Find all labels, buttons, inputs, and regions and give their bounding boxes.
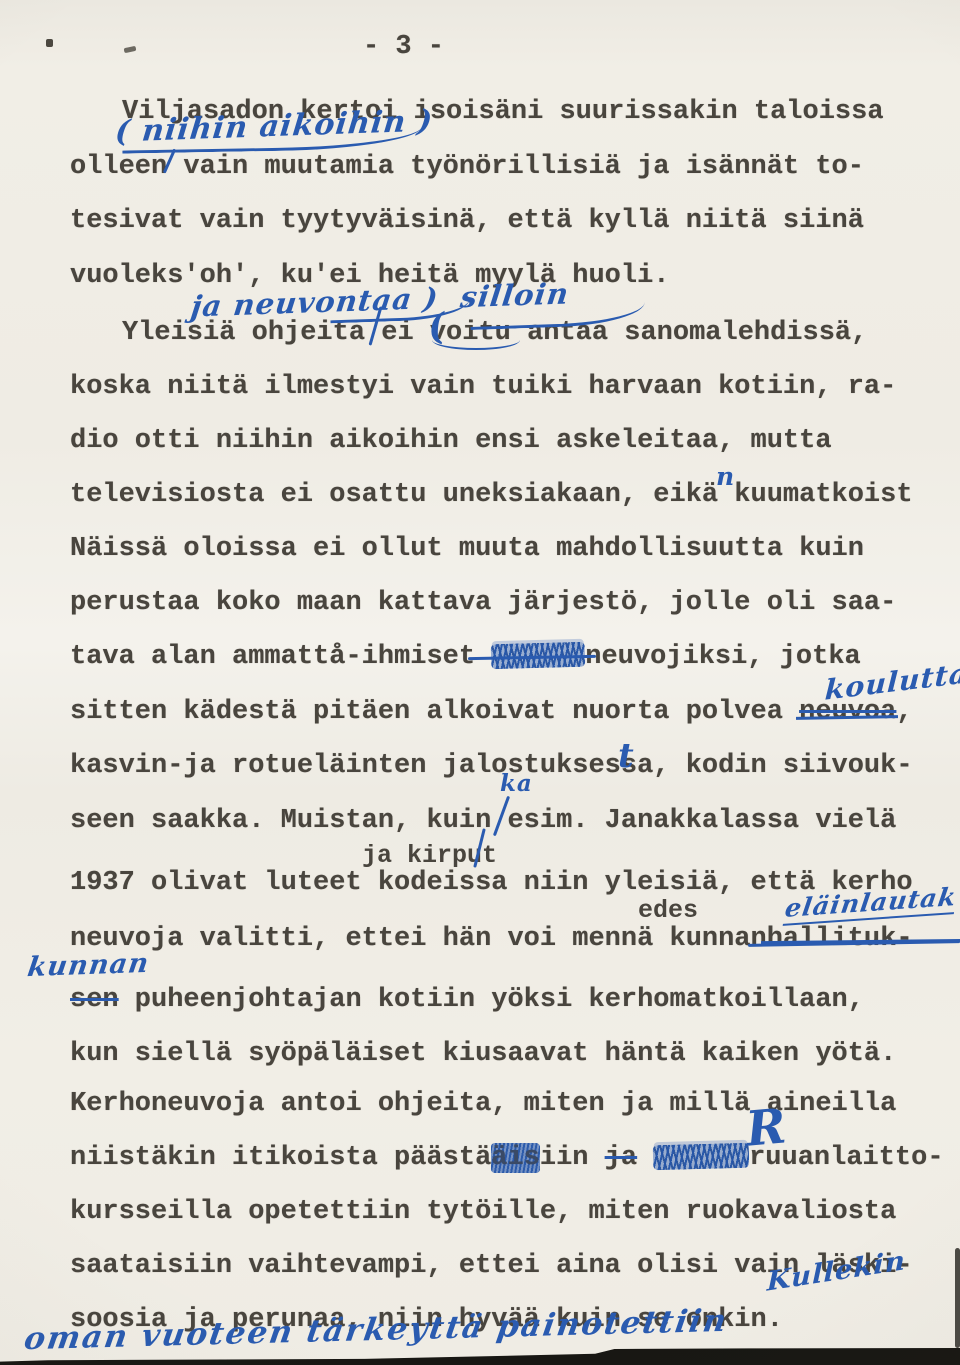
typed-text: neuvoja valitti, ettei hän voi mennä kun… <box>70 924 767 954</box>
scan-edge-artifact <box>955 1248 960 1348</box>
typed-text: iin <box>540 1143 605 1173</box>
page-number: - 3 - <box>363 30 444 64</box>
struck-word: hallituk- <box>767 924 913 954</box>
handwritten-kunnan: kunnan <box>25 948 151 983</box>
struck-word: ja <box>605 1143 637 1173</box>
pen-blot: äis <box>491 1143 540 1173</box>
typed-line: olleen vain muutamia työnörillisiä ja is… <box>70 150 864 184</box>
typed-insertion-edes: edes <box>638 896 698 925</box>
ink-speck <box>46 39 53 47</box>
typed-line: dio otti niihin aikoihin ensi askeleitaa… <box>70 424 832 458</box>
typed-text: tava alan ammattå-ihmiset <box>70 642 491 672</box>
typed-line: Näissä oloissa ei ollut muuta mahdollisu… <box>70 532 864 566</box>
typed-text: sitten kädestä pitäen alkoivat nuorta po… <box>70 697 799 727</box>
pen-scribble-strikeout <box>653 1143 750 1171</box>
typed-line: neuvoja valitti, ettei hän voi mennä kun… <box>70 922 913 956</box>
handwritten-ka-insert: ka <box>500 770 533 797</box>
typed-text: niistäkin itikoista päästä <box>70 1143 491 1173</box>
pen-underline-arc <box>432 330 520 350</box>
handwritten-capital-r: R <box>744 1098 790 1157</box>
typed-line: perustaa koko maan kattava järjestö, jol… <box>70 586 896 620</box>
typed-text: , <box>896 697 912 727</box>
typed-line: tava alan ammattå-ihmiset neuvojiksi, jo… <box>70 640 861 674</box>
struck-word: sen <box>70 985 119 1015</box>
typed-line: koska niitä ilmestyi vain tuiki harvaan … <box>70 370 896 404</box>
typed-line: kun siellä syöpäläiset kiusaavat häntä k… <box>70 1037 896 1071</box>
typed-line: niistäkin itikoista päästääisiin jaruuan… <box>70 1141 944 1175</box>
typed-text: neuvojiksi, jotka <box>585 642 860 672</box>
typed-line: sen puheenjohtajan kotiin yöksi kerhomat… <box>70 983 864 1017</box>
handwritten-n-insert: n <box>716 462 735 491</box>
pen-underline-swoosh <box>122 117 422 153</box>
handwritten-t-correction: t <box>618 736 635 776</box>
ink-speck <box>124 46 137 53</box>
typed-line: kursseilla opetettiin tytöille, miten ru… <box>70 1195 896 1229</box>
typed-line: sitten kädestä pitäen alkoivat nuorta po… <box>70 695 913 729</box>
typed-line: tesivat vain tyytyväisinä, että kyllä ni… <box>70 204 864 238</box>
typed-text: puheenjohtajan kotiin yöksi kerhomatkoil… <box>119 985 864 1015</box>
typed-line: televisiosta ei osattu uneksiakaan, eikä… <box>70 478 913 512</box>
scanned-typewritten-page: - 3 - Viljasadon kertoi isoisäni suuriss… <box>0 0 960 1365</box>
typed-line: kasvin-ja rotueläinten jalostuksessa, ko… <box>70 749 913 783</box>
